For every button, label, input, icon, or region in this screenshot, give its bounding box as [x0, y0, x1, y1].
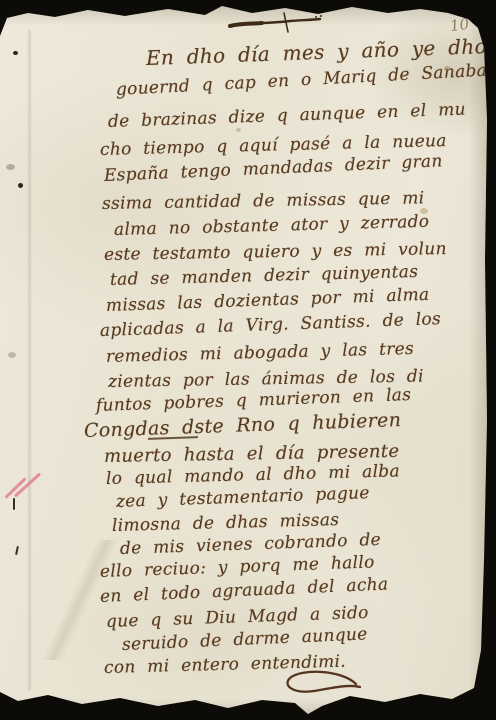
smudge-mark — [8, 352, 16, 358]
margin-tick — [13, 498, 15, 510]
edge-letter-mark: F — [216, 0, 225, 11]
manuscript-line-12: remedios mi abogada y las tres — [106, 339, 415, 367]
page-number: 10 — [449, 15, 470, 35]
paper-edge-shadow-bottom — [0, 698, 496, 720]
stain-spot — [236, 128, 241, 132]
manuscript-line-3: de brazinas dize q aunque en el mu — [108, 100, 467, 132]
manuscript-line-6: ssima cantidad de missas que mi — [102, 188, 425, 214]
stain-spot — [444, 66, 450, 71]
smudge-mark — [6, 164, 15, 170]
photo-backdrop: F 10 En dho día mes y año ye dho gouernd… — [0, 0, 496, 720]
cross-mark — [228, 10, 324, 36]
manuscript-line-8: este testamto quiero y es mi volun — [104, 239, 447, 265]
signature-flourish — [280, 666, 366, 700]
stain-spot — [420, 208, 428, 214]
ink-speck — [18, 183, 23, 188]
ink-speck — [13, 51, 18, 55]
underline-mark — [148, 436, 198, 440]
manuscript-line-7: alma no obstante ator y zerrado — [114, 212, 430, 240]
paper-sheet: F 10 En dho día mes y año ye dho gouernd… — [0, 0, 496, 720]
paper-edge-shadow-right — [468, 0, 490, 720]
